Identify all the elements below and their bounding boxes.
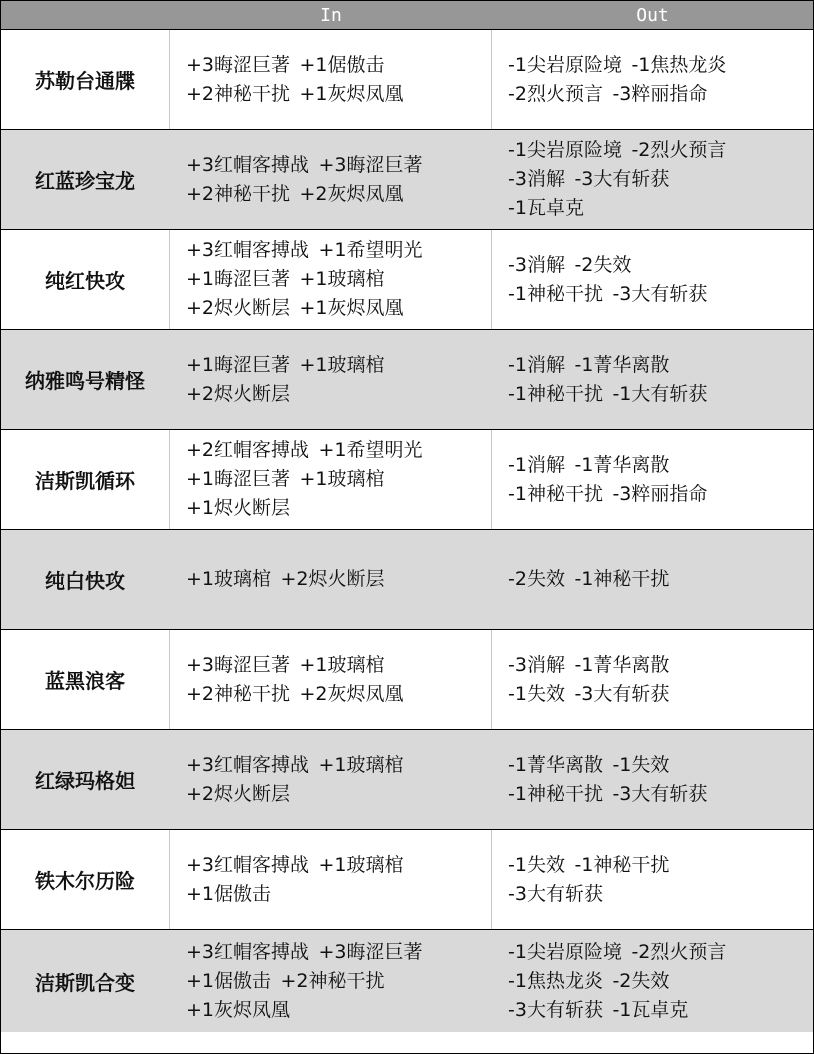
card-out-line: -1瓦卓克 bbox=[508, 194, 813, 223]
card-out-line: -1失效 -3大有斩获 bbox=[508, 680, 813, 709]
deck-name: 红蓝珍宝龙 bbox=[1, 130, 170, 229]
card-in-line: +1晦涩巨著 +1玻璃棺 bbox=[186, 351, 491, 380]
card-in-line: +2红帽客搏战 +1希望明光 bbox=[186, 436, 491, 465]
card-out-line: -1焦热龙炎 -2失效 bbox=[508, 967, 813, 996]
deck-name: 铁木尔历险 bbox=[1, 830, 170, 929]
card-in-line: +2烬火断层 bbox=[186, 780, 491, 809]
card-in-line: +3红帽客搏战 +1玻璃棺 bbox=[186, 751, 491, 780]
cards-in-cell: +2红帽客搏战 +1希望明光+1晦涩巨著 +1玻璃棺+1烬火断层 bbox=[170, 430, 492, 529]
card-in-line: +3晦涩巨著 +1玻璃棺 bbox=[186, 651, 491, 680]
deck-name: 纯白快攻 bbox=[1, 530, 170, 629]
card-out-line: -1消解 -1菁华离散 bbox=[508, 451, 813, 480]
table-row: 铁木尔历险+3红帽客搏战 +1玻璃棺+1倨傲击-1失效 -1神秘干扰-3大有斩获 bbox=[1, 830, 813, 930]
cards-in-cell: +3晦涩巨著 +1玻璃棺+2神秘干扰 +2灰烬凤凰 bbox=[170, 630, 492, 729]
card-out-line: -2烈火预言 -3粹丽指命 bbox=[508, 80, 813, 109]
card-in-line: +1灰烬凤凰 bbox=[186, 996, 491, 1025]
card-in-line: +3红帽客搏战 +3晦涩巨著 bbox=[186, 938, 491, 967]
cards-in-cell: +1晦涩巨著 +1玻璃棺+2烬火断层 bbox=[170, 330, 492, 429]
cards-out-cell: -3消解 -2失效-1神秘干扰 -3大有斩获 bbox=[492, 230, 813, 329]
cards-in-cell: +3红帽客搏战 +3晦涩巨著+2神秘干扰 +2灰烬凤凰 bbox=[170, 130, 492, 229]
table-row: 红蓝珍宝龙+3红帽客搏战 +3晦涩巨著+2神秘干扰 +2灰烬凤凰-1尖岩原险境 … bbox=[1, 130, 813, 230]
table-row: 蓝黑浪客+3晦涩巨著 +1玻璃棺+2神秘干扰 +2灰烬凤凰-3消解 -1菁华离散… bbox=[1, 630, 813, 730]
cards-out-cell: -1失效 -1神秘干扰-3大有斩获 bbox=[492, 830, 813, 929]
card-in-line: +2神秘干扰 +2灰烬凤凰 bbox=[186, 680, 491, 709]
card-out-line: -1消解 -1菁华离散 bbox=[508, 351, 813, 380]
cards-in-cell: +3红帽客搏战 +1玻璃棺+1倨傲击 bbox=[170, 830, 492, 929]
deck-name: 苏勒台通牒 bbox=[1, 30, 170, 129]
card-out-line: -1神秘干扰 -3粹丽指命 bbox=[508, 480, 813, 509]
card-in-line: +1玻璃棺 +2烬火断层 bbox=[186, 565, 491, 594]
card-in-line: +1晦涩巨著 +1玻璃棺 bbox=[186, 265, 491, 294]
card-in-line: +1倨傲击 bbox=[186, 880, 491, 909]
table-body: 苏勒台通牒+3晦涩巨著 +1倨傲击+2神秘干扰 +1灰烬凤凰-1尖岩原险境 -1… bbox=[1, 30, 813, 1032]
table-row: 苏勒台通牒+3晦涩巨著 +1倨傲击+2神秘干扰 +1灰烬凤凰-1尖岩原险境 -1… bbox=[1, 30, 813, 130]
card-in-line: +3红帽客搏战 +1希望明光 bbox=[186, 236, 491, 265]
card-in-line: +3红帽客搏战 +3晦涩巨著 bbox=[186, 151, 491, 180]
card-out-line: -1尖岩原险境 -2烈火预言 bbox=[508, 136, 813, 165]
deck-name: 红绿玛格妲 bbox=[1, 730, 170, 829]
card-in-line: +3红帽客搏战 +1玻璃棺 bbox=[186, 851, 491, 880]
sideboard-table: In Out 苏勒台通牒+3晦涩巨著 +1倨傲击+2神秘干扰 +1灰烬凤凰-1尖… bbox=[0, 0, 814, 1054]
card-in-line: +1晦涩巨著 +1玻璃棺 bbox=[186, 465, 491, 494]
table-row: 洁斯凯合变+3红帽客搏战 +3晦涩巨著+1倨傲击 +2神秘干扰+1灰烬凤凰-1尖… bbox=[1, 930, 813, 1032]
card-out-line: -3大有斩获 bbox=[508, 880, 813, 909]
card-in-line: +1烬火断层 bbox=[186, 494, 491, 523]
card-out-line: -1神秘干扰 -3大有斩获 bbox=[508, 280, 813, 309]
card-out-line: -3消解 -2失效 bbox=[508, 251, 813, 280]
card-in-line: +2烬火断层 bbox=[186, 380, 491, 409]
card-out-line: -3消解 -3大有斩获 bbox=[508, 165, 813, 194]
cards-out-cell: -1消解 -1菁华离散-1神秘干扰 -3粹丽指命 bbox=[492, 430, 813, 529]
deck-name: 洁斯凯合变 bbox=[1, 930, 170, 1032]
deck-name: 蓝黑浪客 bbox=[1, 630, 170, 729]
header-out-column: Out bbox=[492, 1, 813, 29]
card-out-line: -1神秘干扰 -3大有斩获 bbox=[508, 780, 813, 809]
cards-out-cell: -1尖岩原险境 -2烈火预言-1焦热龙炎 -2失效-3大有斩获 -1瓦卓克 bbox=[492, 930, 813, 1032]
card-out-line: -1尖岩原险境 -2烈火预言 bbox=[508, 938, 813, 967]
table-row: 洁斯凯循环+2红帽客搏战 +1希望明光+1晦涩巨著 +1玻璃棺+1烬火断层-1消… bbox=[1, 430, 813, 530]
table-header: In Out bbox=[1, 1, 813, 30]
cards-out-cell: -3消解 -1菁华离散-1失效 -3大有斩获 bbox=[492, 630, 813, 729]
deck-name: 洁斯凯循环 bbox=[1, 430, 170, 529]
deck-name: 纳雅鸣号精怪 bbox=[1, 330, 170, 429]
cards-out-cell: -1尖岩原险境 -2烈火预言-3消解 -3大有斩获-1瓦卓克 bbox=[492, 130, 813, 229]
table-row: 纳雅鸣号精怪+1晦涩巨著 +1玻璃棺+2烬火断层-1消解 -1菁华离散-1神秘干… bbox=[1, 330, 813, 430]
table-row: 纯白快攻+1玻璃棺 +2烬火断层-2失效 -1神秘干扰 bbox=[1, 530, 813, 630]
card-out-line: -2失效 -1神秘干扰 bbox=[508, 565, 813, 594]
card-in-line: +2神秘干扰 +2灰烬凤凰 bbox=[186, 180, 491, 209]
card-in-line: +1倨傲击 +2神秘干扰 bbox=[186, 967, 491, 996]
cards-in-cell: +1玻璃棺 +2烬火断层 bbox=[170, 530, 492, 629]
cards-in-cell: +3红帽客搏战 +3晦涩巨著+1倨傲击 +2神秘干扰+1灰烬凤凰 bbox=[170, 930, 492, 1032]
cards-out-cell: -1消解 -1菁华离散-1神秘干扰 -1大有斩获 bbox=[492, 330, 813, 429]
cards-in-cell: +3红帽客搏战 +1希望明光+1晦涩巨著 +1玻璃棺+2烬火断层 +1灰烬凤凰 bbox=[170, 230, 492, 329]
card-out-line: -1神秘干扰 -1大有斩获 bbox=[508, 380, 813, 409]
card-in-line: +3晦涩巨著 +1倨傲击 bbox=[186, 51, 491, 80]
card-out-line: -3消解 -1菁华离散 bbox=[508, 651, 813, 680]
cards-out-cell: -2失效 -1神秘干扰 bbox=[492, 530, 813, 629]
header-in-column: In bbox=[170, 1, 492, 29]
card-in-line: +2神秘干扰 +1灰烬凤凰 bbox=[186, 80, 491, 109]
card-out-line: -1失效 -1神秘干扰 bbox=[508, 851, 813, 880]
header-deck-column bbox=[1, 1, 170, 29]
cards-out-cell: -1尖岩原险境 -1焦热龙炎-2烈火预言 -3粹丽指命 bbox=[492, 30, 813, 129]
card-in-line: +2烬火断层 +1灰烬凤凰 bbox=[186, 294, 491, 323]
cards-in-cell: +3晦涩巨著 +1倨傲击+2神秘干扰 +1灰烬凤凰 bbox=[170, 30, 492, 129]
card-out-line: -1尖岩原险境 -1焦热龙炎 bbox=[508, 51, 813, 80]
table-row: 纯红快攻+3红帽客搏战 +1希望明光+1晦涩巨著 +1玻璃棺+2烬火断层 +1灰… bbox=[1, 230, 813, 330]
card-out-line: -1菁华离散 -1失效 bbox=[508, 751, 813, 780]
table-row: 红绿玛格妲+3红帽客搏战 +1玻璃棺+2烬火断层-1菁华离散 -1失效-1神秘干… bbox=[1, 730, 813, 830]
deck-name: 纯红快攻 bbox=[1, 230, 170, 329]
card-out-line: -3大有斩获 -1瓦卓克 bbox=[508, 996, 813, 1025]
cards-in-cell: +3红帽客搏战 +1玻璃棺+2烬火断层 bbox=[170, 730, 492, 829]
cards-out-cell: -1菁华离散 -1失效-1神秘干扰 -3大有斩获 bbox=[492, 730, 813, 829]
